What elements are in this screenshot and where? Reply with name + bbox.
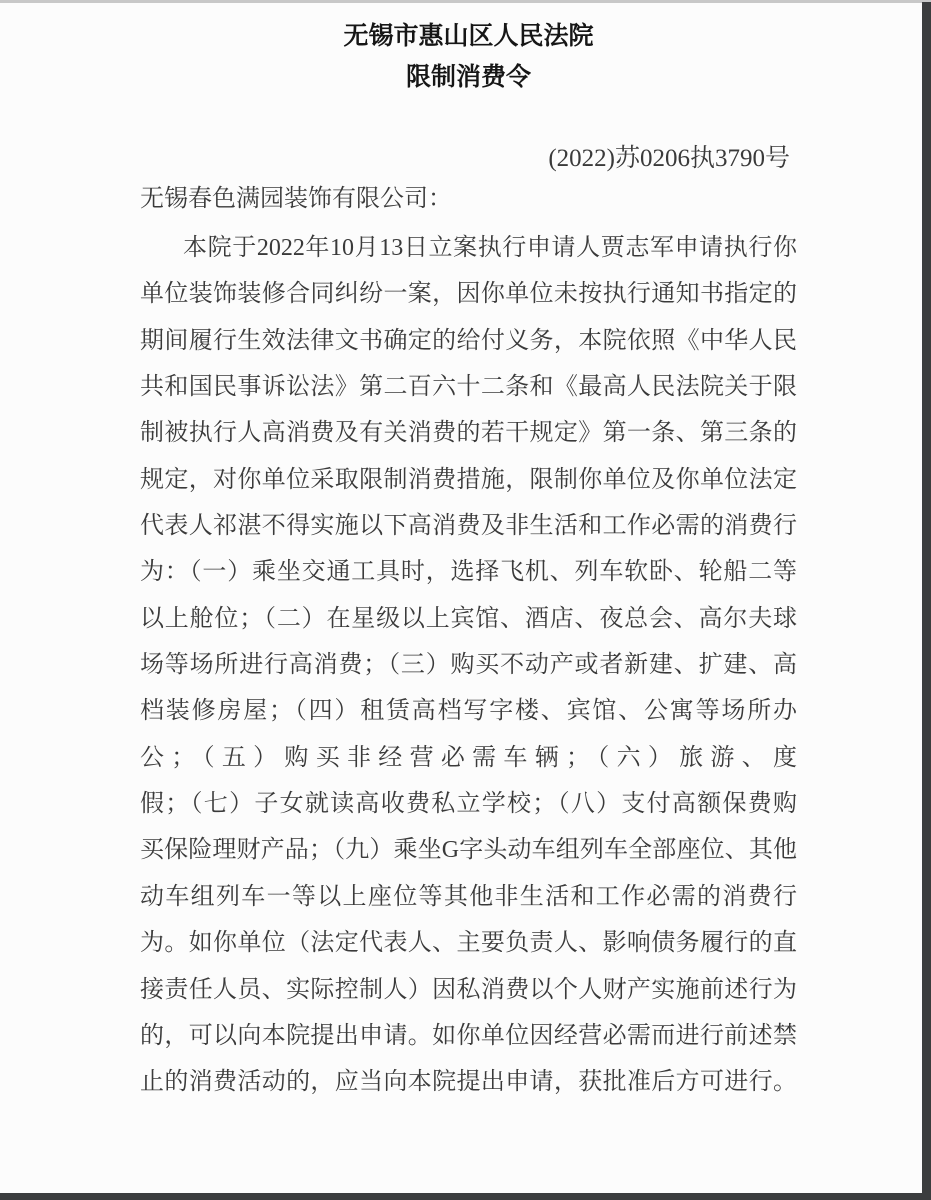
- body-line-3: 期间履行生效法律文书确定的给付义务，本院依照《中华人民: [140, 318, 797, 364]
- body-line-15: 动车组列车一等以上座位等其他非生活和工作必需的消费行: [140, 874, 797, 920]
- body-line-16: 为。如你单位（法定代表人、主要负责人、影响债务履行的直: [140, 920, 797, 966]
- court-name-heading: 无锡市惠山区人民法院: [140, 23, 797, 51]
- scanned-document-page: 无锡市惠山区人民法院 限制消费令 (2022)苏0206执3790号 无锡春色满…: [0, 0, 931, 1200]
- scan-top-edge: [0, 0, 931, 3]
- body-line-7: 代表人祁湛不得实施以下高消费及非生活和工作必需的消费行: [140, 503, 797, 549]
- document-body: 本院于2022年10月13日立案执行申请人贾志军申请执行你单位装饰装修合同纠纷一…: [140, 225, 797, 1106]
- addressee-line: 无锡春色满园装饰有限公司：: [140, 186, 452, 212]
- body-line-17: 接责任人员、实际控制人）因私消费以个人财产实施前述行为: [140, 967, 797, 1013]
- body-line-6: 规定，对你单位采取限制消费措施，限制你单位及你单位法定: [140, 457, 797, 503]
- scan-bottom-edge: [0, 1193, 931, 1200]
- body-line-2: 单位装饰装修合同纠纷一案，因你单位未按执行通知书指定的: [140, 271, 797, 317]
- case-number: (2022)苏0206执3790号: [140, 145, 790, 173]
- document-title: 限制消费令: [140, 64, 797, 92]
- body-line-19: 止的消费活动的，应当向本院提出申请，获批准后方可进行。: [140, 1059, 797, 1105]
- body-line-13: 假；（七）子女就读高收费私立学校；（八）支付高额保费购: [140, 781, 797, 827]
- body-line-11: 档装修房屋；（四）租赁高档写字楼、宾馆、公寓等场所办: [140, 688, 797, 734]
- body-line-8: 为：（一）乘坐交通工具时，选择飞机、列车软卧、轮船二等: [140, 549, 797, 595]
- body-line-10: 场等场所进行高消费；（三）购买不动产或者新建、扩建、高: [140, 642, 797, 688]
- body-line-12: 公；（五）购买非经营必需车辆；（六）旅游、度: [140, 735, 797, 781]
- body-line-18: 的，可以向本院提出申请。如你单位因经营必需而进行前述禁: [140, 1013, 797, 1059]
- body-line-9: 以上舱位；（二）在星级以上宾馆、酒店、夜总会、高尔夫球: [140, 596, 797, 642]
- body-line-4: 共和国民事诉讼法》第二百六十二条和《最高人民法院关于限: [140, 364, 797, 410]
- scan-right-edge: [922, 2, 931, 1200]
- body-line-14: 买保险理财产品；（九）乘坐G字头动车组列车全部座位、其他: [140, 827, 797, 873]
- body-line-5: 制被执行人高消费及有关消费的若干规定》第一条、第三条的: [140, 410, 797, 456]
- body-line-1: 本院于2022年10月13日立案执行申请人贾志军申请执行你: [140, 225, 797, 271]
